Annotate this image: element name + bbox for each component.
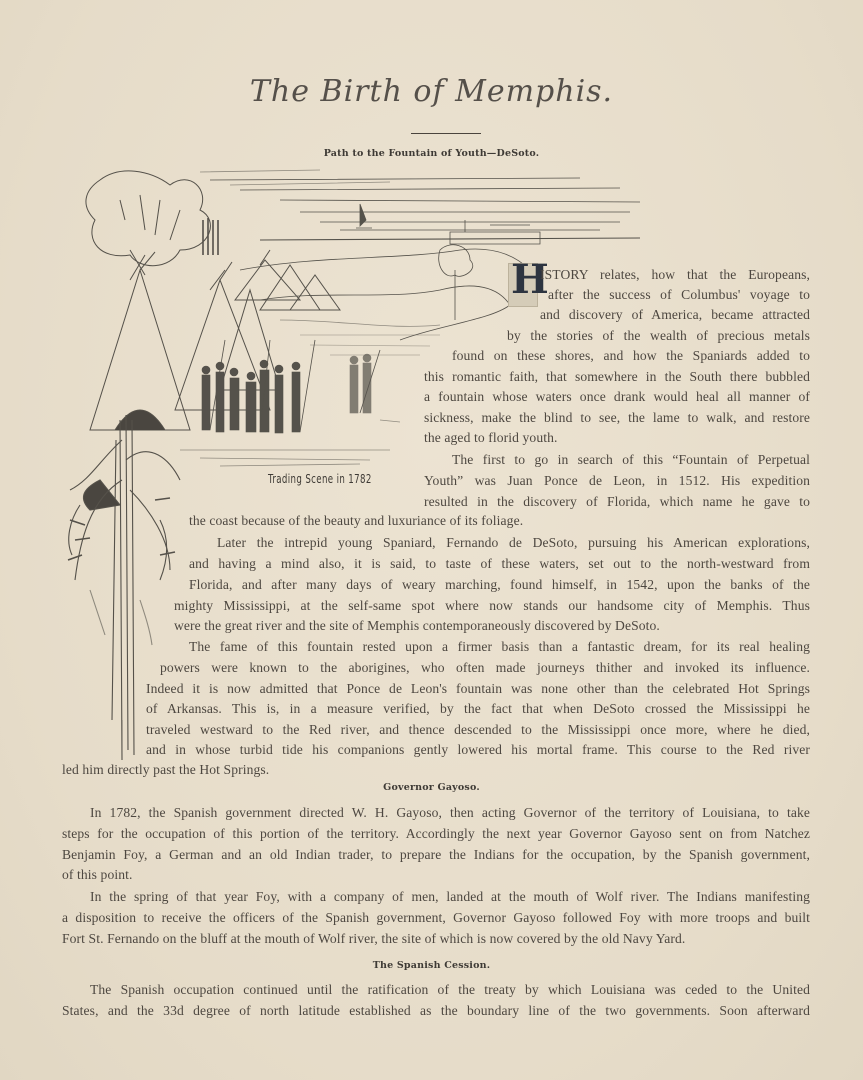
text-line: Youth” was Juan Ponce de Leon, in 1512. … xyxy=(424,473,810,489)
text-line: ISTORY relates, how that the Europeans, xyxy=(540,267,810,283)
title-divider xyxy=(411,133,481,134)
text-line: Fort St. Fernando on the bluff at the mo… xyxy=(62,931,685,947)
text-line: the aged to florid youth. xyxy=(424,430,558,446)
text-line: a fountain whose waters once drank would… xyxy=(424,389,810,405)
text-line: by the stories of the wealth of precious… xyxy=(507,328,810,344)
text-line: mighty Mississippi, at the self-same spo… xyxy=(174,598,810,614)
section-heading-fountain: Path to the Fountain of Youth—DeSoto. xyxy=(0,148,863,159)
text-line: In the spring of that year Foy, with a c… xyxy=(90,889,810,905)
text-line: Later the intrepid young Spaniard, Ferna… xyxy=(217,535,810,551)
section-heading-spanish-cession: The Spanish Cession. xyxy=(0,960,863,971)
text-line: The Spanish occupation continued until t… xyxy=(90,982,810,998)
text-line: steps for the occupation of this portion… xyxy=(62,826,810,842)
illustration-caption: Trading Scene in 1782 xyxy=(268,472,372,486)
document-page: The Birth of Memphis. Path to the Founta… xyxy=(0,0,863,1080)
text-line: and in whose turbid tide his companions … xyxy=(146,742,810,758)
text-line: the coast because of the beauty and luxu… xyxy=(189,513,523,529)
text-line: and having a mind also, it is said, to t… xyxy=(189,556,810,572)
text-line: Benjamin Foy, a German and an old Indian… xyxy=(62,847,810,863)
text-line: In 1782, the Spanish government directed… xyxy=(90,805,810,821)
text-line: found on these shores, and how the Spani… xyxy=(452,348,810,364)
text-line: resulted in the discovery of Florida, wh… xyxy=(424,494,810,510)
drop-cap: H xyxy=(508,263,538,307)
section-heading-gayoso: Governor Gayoso. xyxy=(0,782,863,793)
text-line: powers were known to the aborigines, who… xyxy=(160,660,810,676)
text-line: traveled westward to the Red river, and … xyxy=(146,722,810,738)
text-line: were the great river and the site of Mem… xyxy=(174,618,660,634)
text-line: led him directly past the Hot Springs. xyxy=(62,762,269,778)
text-line: States, and the 33d degree of north lati… xyxy=(62,1003,810,1019)
text-line: after the success of Columbus' voyage to xyxy=(548,287,810,303)
text-line: a disposition to receive the officers of… xyxy=(62,910,810,926)
text-line: of Arkansas. This is, in a measure verif… xyxy=(146,701,810,717)
text-line: this romantic faith, that somewhere in t… xyxy=(424,369,810,385)
text-line: of this point. xyxy=(62,867,133,883)
text-line: and discovery of America, became attract… xyxy=(540,307,810,323)
text-line: The fame of this fountain rested upon a … xyxy=(189,639,810,655)
text-line: Indeed it is now admitted that Ponce de … xyxy=(146,681,810,697)
text-line: Florida, and after many days of weary ma… xyxy=(189,577,810,593)
text-line: The first to go in search of this “Fount… xyxy=(452,452,810,468)
page-title: The Birth of Memphis. xyxy=(0,74,863,109)
text-line: sickness, make the blind to see, the lam… xyxy=(424,410,810,426)
